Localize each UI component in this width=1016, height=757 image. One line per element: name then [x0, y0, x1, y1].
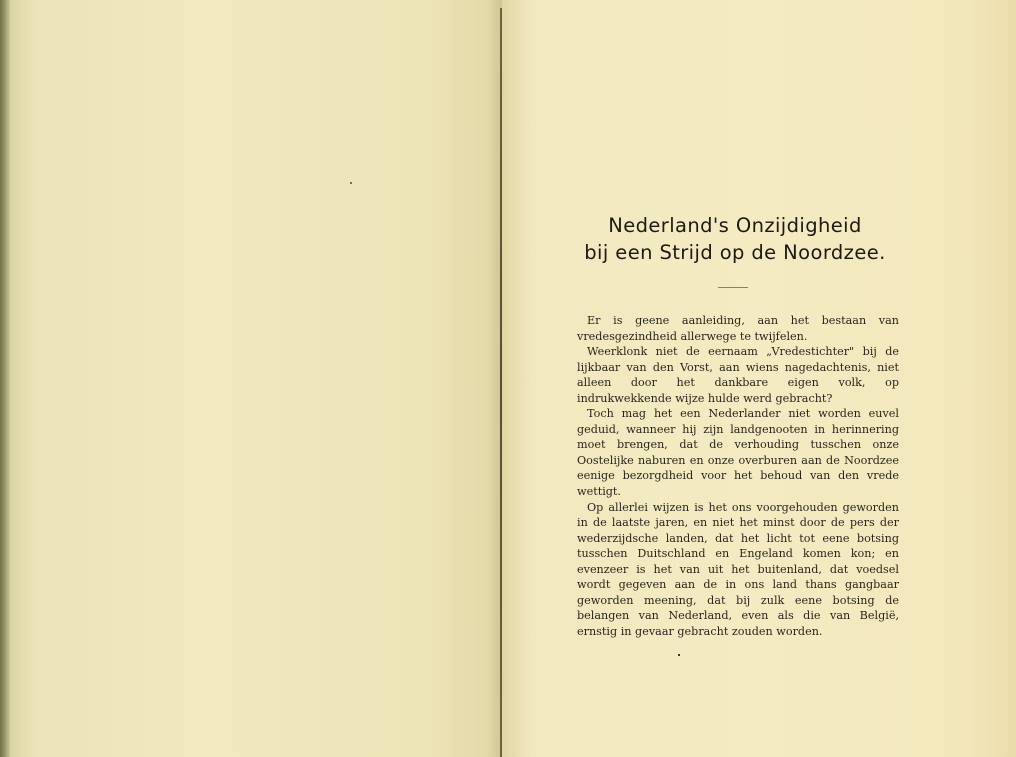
end-mark: [678, 654, 680, 656]
book-spread: Nederland's Onzijdigheid bij een Strijd …: [0, 0, 1016, 757]
paper-speck: [350, 182, 352, 184]
chapter-title: Nederland's Onzijdigheid bij een Strijd …: [560, 212, 910, 266]
paragraph-3: Toch mag het een Nederlander niet worden…: [577, 406, 899, 499]
paragraph-4: Op allerlei wijzen is het ons voorgehoud…: [577, 500, 899, 640]
paragraph-2: Weerklonk niet de eernaam „Vredestichter…: [577, 344, 899, 406]
title-line-1: Nederland's Onzijdigheid: [560, 212, 910, 239]
title-divider: [718, 287, 748, 288]
title-line-2: bij een Strijd op de Noordzee.: [560, 239, 910, 266]
left-page-blank: [6, 0, 502, 757]
book-gutter: [500, 8, 502, 757]
left-page-edge: [0, 0, 10, 757]
body-text: Er is geene aanleiding, aan het bestaan …: [577, 313, 899, 639]
paragraph-1: Er is geene aanleiding, aan het bestaan …: [577, 313, 899, 344]
